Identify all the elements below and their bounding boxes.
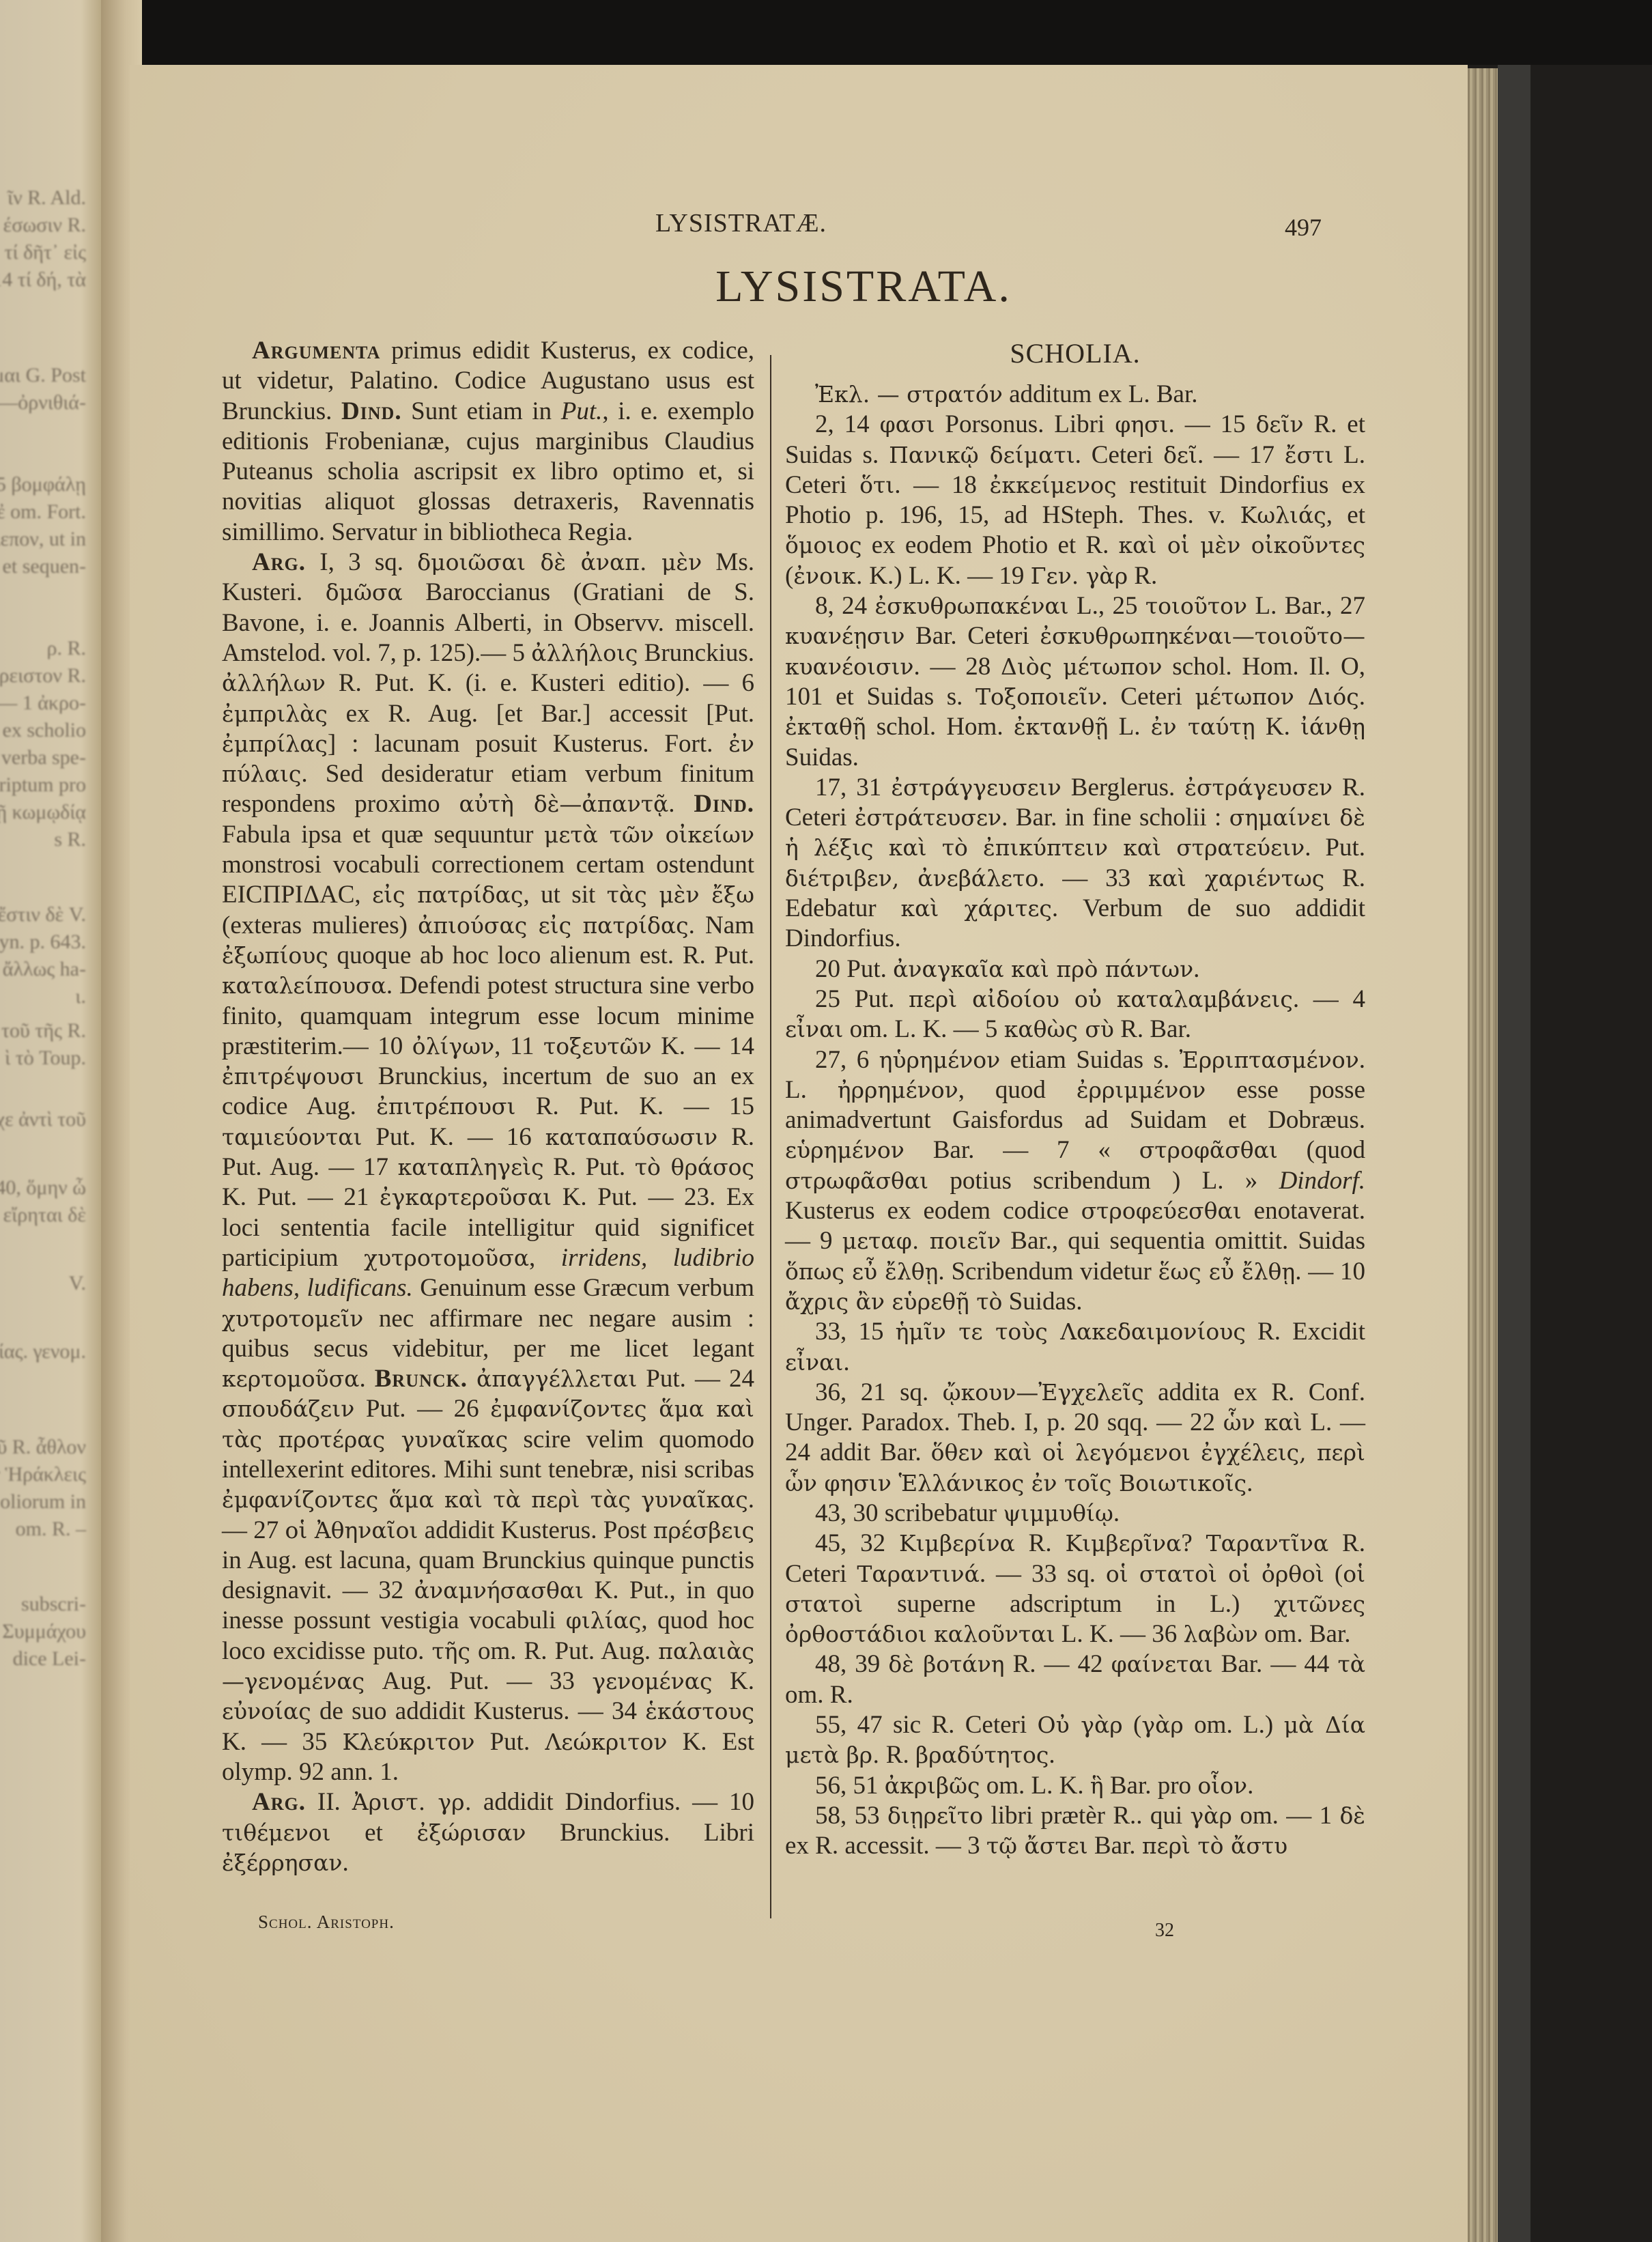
greek-text: ἰάνθῃ	[1300, 713, 1365, 740]
latin-text: ] : lacunam posuit Kusterus. Fort.	[328, 730, 728, 758]
latin-text: Kusterus ex eodem codice	[785, 1197, 1081, 1225]
greek-text: ἐμπριλὰς	[222, 700, 328, 727]
latin-text: Bar.	[1088, 1832, 1142, 1860]
latin-text: K. — 35	[222, 1728, 343, 1756]
latin-text: 33, 15	[815, 1318, 896, 1346]
latin-text	[468, 1365, 476, 1393]
latin-text: Bar. — 44	[1213, 1650, 1338, 1678]
paragraph: 48, 39 δὲ βοτάνη R. — 42 φαίνεται Bar. —…	[785, 1649, 1365, 1710]
facing-page-text-line: r Ἡράκλεις	[0, 1461, 86, 1488]
greek-text: ἄχρις ἂν εὑρεθῇ τὸ	[785, 1288, 1002, 1315]
greek-text: φησι	[1115, 411, 1168, 438]
greek-text: εὑρημένον	[785, 1137, 905, 1163]
greek-text: ἐσκυθρωπακέναι	[875, 593, 1069, 619]
greek-text: γενομένας	[592, 1668, 712, 1694]
latin-text: L. Bar., 27	[1247, 592, 1365, 620]
paragraph: 56, 51 ἀκριβῶς om. L. K. ἣ Bar. pro οἷον…	[785, 1771, 1365, 1801]
greek-text: ἐπιτρέπουσι	[376, 1093, 515, 1120]
paragraph: 58, 53 διῃρεῖτο libri prætèr R.. qui γὰρ…	[785, 1801, 1365, 1862]
greek-text: περὶ αἰδοίου οὐ καταλαμβάνεις	[909, 986, 1293, 1012]
paragraph: Ἐκλ. — στρατόν additum ex L. Bar.	[785, 380, 1365, 410]
column-divider	[770, 355, 771, 1918]
latin-text: ex R. accessit. — 3	[785, 1832, 986, 1860]
latin-text: . Bar. in fine scholii :	[1001, 804, 1229, 832]
latin-text: schol. Hom.	[866, 713, 1014, 741]
latin-text: om. Bar.	[1258, 1620, 1351, 1648]
latin-text: 17, 31	[815, 774, 891, 801]
greek-text: εἶναι	[785, 1349, 843, 1376]
latin-text: , 11	[494, 1032, 543, 1060]
latin-text: addidit Dindorfius. — 10	[472, 1788, 754, 1816]
latin-text: (quod	[1278, 1136, 1365, 1164]
lemma-smallcaps: Arg.	[252, 1788, 306, 1816]
greek-text: ἠρρημένον	[838, 1077, 958, 1103]
greek-text: ὅπως εὖ ἔλθῃ	[785, 1258, 938, 1285]
greek-text: δεῖν	[1256, 411, 1304, 438]
greek-text: ἀπιούσας εἰς πατρίδας	[418, 912, 689, 939]
greek-text: ἀπαγγέλλεται	[476, 1365, 637, 1392]
greek-text: Κιμβερίνα	[899, 1530, 1015, 1557]
latin-text: 45, 32	[815, 1529, 899, 1557]
facing-page-text-line: ἔστιν δὲ V.	[0, 901, 86, 928]
latin-text: addidit Kusterus. Post	[418, 1516, 653, 1544]
greek-text: καὶ οἱ μὲν οἰκοῦντες	[1119, 532, 1365, 558]
latin-text: Put. — 24	[637, 1365, 754, 1393]
latin-text: Put. — 26	[354, 1395, 490, 1423]
latin-text: Bar. Ceteri	[905, 622, 1040, 650]
greek-text: ἡμῖν τε τοὺς Λακεδαιμονίους	[896, 1318, 1246, 1345]
book-cover	[1498, 65, 1530, 2242]
paragraph: 8, 24 ἐσκυθρωπακέναι L., 25 τοιοῦτον L. …	[785, 591, 1365, 773]
latin-text: R. Put.	[544, 1153, 635, 1181]
paragraph: Arg. II. Ἀριστ. γρ. addidit Dindorfius. …	[222, 1787, 754, 1878]
greek-text: Διὸς μέτωπον	[1001, 653, 1162, 680]
greek-text: ἐμπρίλας	[222, 730, 328, 757]
latin-text: om. L. K.	[980, 1772, 1090, 1800]
paragraph: 55, 47 sic R. Ceteri Οὐ γὰρ (γὰρ om. L.)…	[785, 1710, 1365, 1771]
latin-text: Aug. Put. — 33	[365, 1667, 592, 1695]
greek-text: Οὐ γὰρ	[1038, 1712, 1123, 1738]
latin-text: Brunckius. Libri	[526, 1819, 754, 1847]
paragraph: 36, 21 sq. ᾤκουν—Ἐγχελεῖς addita ex R. C…	[785, 1378, 1365, 1499]
facing-page-text-line: s R.	[0, 826, 86, 853]
greek-text: σπουδάζειν	[222, 1395, 354, 1422]
greek-text: Ἀριστ. γρ.	[352, 1789, 472, 1815]
facing-page-text-line: oliorum in	[0, 1488, 86, 1516]
latin-text: . — 15	[1169, 410, 1256, 438]
latin-text: . Scribendum videtur	[938, 1258, 1158, 1286]
latin-text: . Ceteri	[1075, 441, 1163, 469]
greek-text: ἐμφανίζοντες ἅμα καὶ τὰ περὶ τὰς γυναῖκα…	[222, 1486, 748, 1513]
latin-text: ?	[1181, 1529, 1206, 1557]
latin-text: K.) L. K. — 19	[863, 562, 1031, 590]
greek-text: οἱ στατοὶ οἱ ὀρθοὶ	[1106, 1561, 1324, 1587]
latin-text: om. L.)	[1184, 1711, 1284, 1739]
greek-text: εὐνοίας	[222, 1698, 311, 1725]
latin-text: Sunt etiam in	[402, 397, 561, 425]
footer-signature: Schol. Aristoph.	[258, 1912, 395, 1933]
greek-text: ἐστράγευσεν	[1184, 774, 1333, 801]
greek-text: καὶ χαριέντως	[1148, 865, 1324, 892]
facing-page-text-line: R.— 1 ἀκρο-	[0, 690, 86, 717]
latin-text: . — 10	[1295, 1258, 1365, 1286]
greek-text: στροφεύεσθαι	[1081, 1197, 1242, 1224]
greek-text: στρωφᾶσθαι	[785, 1167, 928, 1194]
greek-text: ὀλίγων	[412, 1033, 494, 1060]
lemma-smallcaps: Arg.	[252, 548, 306, 576]
facing-page-text-line: criptum pro	[0, 771, 86, 799]
greek-text: αὐτὴ δὲ—ἀπαντᾷ	[459, 791, 668, 817]
paragraph: 20 Put. ἀναγκαῖα καὶ πρὸ πάντων.	[785, 954, 1365, 984]
greek-text: φιλίας	[566, 1607, 642, 1634]
greek-text: μετὰ τῶν οἰκείων	[544, 821, 754, 848]
facing-page-text-line: V.	[0, 1270, 86, 1297]
greek-text: τὸ θράσος	[635, 1154, 754, 1180]
greek-text: Γεν. γὰρ	[1031, 563, 1128, 589]
latin-text: R.	[1128, 562, 1157, 590]
smallcaps-text: Dind.	[341, 397, 402, 425]
latin-text: additum ex L. Bar.	[1003, 380, 1198, 408]
greek-text: ψιμμυθίῳ	[1003, 1500, 1113, 1527]
greek-text: πρέσβεις	[653, 1517, 754, 1544]
greek-text: ἐκτανθῇ	[1014, 713, 1109, 740]
latin-text: . — 28	[913, 653, 1001, 681]
latin-text: Brunckius.	[638, 639, 754, 667]
latin-text: . — 33	[1038, 864, 1148, 892]
italic-text: Dindorf.	[1279, 1167, 1365, 1195]
greek-text: ἐπιτρέψουσι	[222, 1063, 364, 1090]
latin-text: . — 18	[894, 471, 989, 499]
latin-text: . — 17	[1197, 441, 1285, 469]
facing-page-text-line: om. R. –	[0, 1516, 86, 1543]
latin-text: .	[1113, 1499, 1120, 1527]
latin-text: de suo addidit Kusterus. — 34	[311, 1697, 645, 1725]
greek-text: ἐνοικ.	[793, 563, 863, 589]
latin-text: , et	[1326, 501, 1365, 529]
latin-text: .	[1359, 683, 1365, 711]
facing-page-text-line: ρ. R.	[0, 635, 86, 662]
latin-text: (exteras mulieres)	[222, 911, 418, 939]
latin-text: ex R. Aug. [et Bar.] accessit [Put.	[328, 700, 754, 728]
latin-text: 8, 24	[815, 592, 875, 620]
latin-text: superne adscriptum in L.)	[863, 1590, 1274, 1618]
greek-text: φασι	[880, 411, 935, 438]
facing-page-text-line: ex scholio	[0, 717, 86, 744]
greek-text: ἐξώρισαν	[416, 1819, 526, 1846]
facing-page-text-line: ς. εἴρηται δὲ	[0, 1202, 86, 1229]
latin-text: potius scribendum ) L. »	[928, 1167, 1279, 1195]
greek-text: ἣ	[1090, 1772, 1104, 1799]
footer-signature-number: 32	[1155, 1920, 1174, 1942]
greek-text: διέτριβεν, ἀνεβάλετο	[785, 865, 1038, 892]
facing-page-text-line: subscri-	[0, 1591, 86, 1618]
latin-text: R. Bar.	[1114, 1015, 1191, 1043]
greek-text: τῆς	[431, 1638, 470, 1664]
latin-text: 55, 47 sic R. Ceteri	[815, 1711, 1038, 1739]
latin-text: K.	[712, 1667, 754, 1695]
latin-text: 25 Put.	[815, 985, 909, 1013]
background-top	[101, 0, 1652, 65]
latin-text: 20 Put.	[815, 955, 893, 983]
latin-text: K.	[1255, 713, 1300, 741]
facing-page-text-line: ίβλεπον, ut in	[0, 526, 86, 553]
greek-text: ἐκταθῇ	[785, 713, 866, 740]
latin-text: R. Excidit	[1246, 1318, 1365, 1346]
latin-text: .	[1049, 1741, 1055, 1769]
greek-text: μέτωπον Διός	[1195, 683, 1358, 710]
latin-text: L., 25	[1069, 592, 1145, 620]
latin-text: Suidas.	[1002, 1288, 1082, 1316]
greek-text: δὲ βοτάνη	[888, 1651, 1004, 1677]
facing-page-text-line: ἐ om. Fort.	[0, 498, 86, 526]
greek-text: γὰρ	[1191, 1802, 1232, 1829]
facing-page-text-line: ωίας. γενομ.	[0, 1338, 86, 1365]
latin-text: libri prætèr R.. qui	[983, 1802, 1190, 1830]
latin-text: . Ceteri	[1102, 683, 1195, 711]
greek-text: καταπαύσωσιν	[545, 1124, 717, 1150]
facing-page-text-line: – 25 βομφάλῃ	[0, 471, 86, 498]
greek-text: Κωλιάς	[1240, 502, 1326, 528]
greek-text: κερτομοῦσα	[222, 1365, 359, 1392]
latin-text: 48, 39	[815, 1650, 888, 1678]
paragraph: 43, 30 scribebatur ψιμμυθίῳ.	[785, 1499, 1365, 1529]
latin-text: L. K. — 36	[1055, 1620, 1183, 1648]
greek-text: φαίνεται	[1111, 1651, 1213, 1677]
greek-text: δὲ	[1339, 1802, 1365, 1829]
greek-text: ἀλλήλοις	[531, 640, 638, 666]
facing-page-text-line: ῦ R. ἆθλον	[0, 1434, 86, 1461]
greek-text: βραδύτητος	[915, 1742, 1049, 1768]
greek-text: ἐκκείμενος	[990, 472, 1117, 498]
latin-text: . Nam	[689, 911, 754, 939]
greek-text: κυανέῃσιν	[785, 623, 905, 649]
greek-text: καθὼς σὺ	[1004, 1016, 1114, 1042]
latin-text: om. — 1	[1232, 1802, 1339, 1830]
greek-text: ὧν καὶ	[1223, 1409, 1302, 1436]
latin-text: Suidas.	[785, 743, 859, 771]
latin-text: L.	[1108, 713, 1150, 741]
greek-text: ᾤκουν—Ἐγχελεῖς	[943, 1379, 1144, 1406]
facing-page-text-line: Συμμάχου	[0, 1618, 86, 1645]
left-column-argumenta: Argumenta primus edidit Kusterus, ex cod…	[222, 336, 754, 1878]
facing-page-text-line: ντὶ τοῦ τῆς R.	[0, 1017, 86, 1045]
paragraph: Arg. I, 3 sq. δμοιῶσαι δὲ ἀναπ. μὲν Ms. …	[222, 548, 754, 1787]
latin-text: Genuinum esse Græcum verbum	[413, 1274, 754, 1302]
facing-page-text-line: 35 ἄλλως ha-	[0, 956, 86, 983]
latin-text: .	[1193, 955, 1199, 983]
latin-text: R. Put. K. — 15	[515, 1092, 754, 1120]
latin-text: .	[1247, 1772, 1253, 1800]
greek-text: εἰς πατρίδας	[372, 881, 523, 908]
greek-text: χυτροτομοῦσα	[364, 1245, 529, 1271]
greek-text: οἷον	[1197, 1772, 1247, 1799]
greek-text: Τοξοποιεῖν	[975, 683, 1102, 710]
greek-text: τιθέμενοι	[222, 1819, 331, 1846]
greek-text: μεταφ. ποιεῖν	[842, 1228, 1001, 1254]
greek-text: εἶναι	[785, 1016, 843, 1042]
greek-text: τὰ	[1337, 1651, 1365, 1677]
greek-text: ἐστράγγευσειν	[891, 774, 1061, 801]
greek-text: καταλείπουσα	[222, 972, 386, 999]
greek-text: ἀκριβῶς	[885, 1772, 980, 1799]
latin-text: , ut sit	[523, 881, 606, 909]
greek-text: οἱ Ἀθηναῖοι	[285, 1517, 418, 1544]
latin-text: . — 4	[1293, 985, 1365, 1013]
greek-text: ἑκάστους	[645, 1698, 754, 1725]
latin-text: 56, 51	[815, 1772, 885, 1800]
greek-text: ηὑρημένον	[879, 1047, 1001, 1073]
greek-text: γὰρ	[1141, 1712, 1183, 1738]
latin-text: . Put.	[1305, 834, 1365, 862]
greek-text: τῷ ἄστει	[986, 1832, 1088, 1859]
latin-text: .	[342, 1849, 348, 1877]
latin-text: om. R. Put. Aug.	[470, 1637, 658, 1665]
paragraph: 45, 32 Κιμβερίνα R. Κιμβερῖνα? Ταραντῖνα…	[785, 1529, 1365, 1649]
greek-text: διῃρεῖτο	[887, 1802, 983, 1829]
latin-text: 27, 6	[815, 1046, 879, 1074]
latin-text: etiam Suidas s.	[1000, 1046, 1179, 1074]
latin-text: R.	[880, 1741, 915, 1769]
latin-text: (	[1324, 1560, 1343, 1588]
latin-text: om. R.	[785, 1681, 853, 1709]
latin-text: 58, 53	[815, 1802, 887, 1830]
facing-page-text-line: εχε ἀντὶ τοῦ	[0, 1106, 86, 1133]
greek-text: ὅτι	[859, 472, 894, 498]
latin-text: .	[668, 790, 694, 818]
facing-page-text-line: ἰβάσμαι G. Post	[0, 362, 86, 389]
greek-text: ἐστράτευσεν	[855, 804, 1001, 831]
greek-text: ἐγκαρτεροῦσαι	[380, 1184, 552, 1210]
paragraph: 27, 6 ηὑρημένον etiam Suidas s. Ἐρριπτασ…	[785, 1045, 1365, 1318]
greek-text: δεῖ	[1163, 442, 1197, 468]
facing-page-text-line: ῖν R. Ald.	[0, 184, 86, 212]
latin-text: K. — 14	[652, 1032, 754, 1060]
greek-text: Κιμβερῖνα	[1065, 1530, 1181, 1557]
greek-text: Ἐκλ. — στρατόν	[815, 381, 1003, 408]
smallcaps-text: Dind.	[694, 790, 754, 818]
running-head: LYSISTRATÆ.	[655, 208, 827, 238]
latin-text: et	[331, 1819, 417, 1847]
greek-text: Κλεύκριτον	[343, 1729, 475, 1755]
latin-text: Bar. — 7 «	[905, 1136, 1139, 1164]
latin-text: , quod	[958, 1076, 1077, 1104]
greek-text: τὰς μὲν ἔξω	[607, 881, 754, 908]
facing-page-text-line: τῇ κωμῳδίᾳ	[0, 799, 86, 826]
greek-text: δμοιῶσαι δὲ ἀναπ. μὲν	[417, 549, 702, 576]
latin-text: Berglerus.	[1062, 774, 1185, 801]
greek-text: τοιοῦτον	[1145, 593, 1247, 619]
latin-text: .	[359, 1365, 374, 1393]
paragraph: Argumenta primus edidit Kusterus, ex cod…	[222, 336, 754, 548]
greek-text: χυτροτομεῖν	[222, 1305, 363, 1332]
facing-page-text-line: έσωσιν R.	[0, 212, 86, 239]
facing-page-edge: ῖν R. Ald.έσωσιν R.L. τί δῆτ᾽ εἰς14 τί δ…	[0, 0, 101, 2242]
latin-text: Bar., qui sequentia omittit. Suidas	[1001, 1227, 1365, 1255]
latin-text: II.	[306, 1788, 352, 1816]
facing-page-text-line: ryn. p. 643.	[0, 928, 86, 956]
greek-text: ἕως εὖ ἔλθῃ	[1158, 1258, 1296, 1285]
greek-text: ἐξέρρησαν	[222, 1849, 342, 1876]
greek-text: Ταραντινά	[857, 1561, 980, 1587]
latin-text: ,	[529, 1244, 561, 1272]
greek-text: καταπληγεὶς	[398, 1154, 544, 1180]
greek-text: ἀναγκαῖα καὶ πρὸ πάντων	[893, 956, 1193, 982]
latin-text: I, 3 sq.	[306, 548, 417, 576]
paragraph: 17, 31 ἐστράγγευσειν Berglerus. ἐστράγευ…	[785, 773, 1365, 954]
greek-text: δμῶσα	[326, 579, 403, 606]
greek-text: περὶ τὸ ἄστυ	[1142, 1832, 1287, 1859]
latin-text: R.	[1015, 1529, 1066, 1557]
latin-text: 2, 14	[815, 410, 880, 438]
italic-text: Put.	[561, 397, 603, 425]
latin-text: Bar. pro	[1104, 1772, 1198, 1800]
facing-page-text-line: dice Lei-	[0, 1645, 86, 1673]
latin-text: Porsonus. Libri	[935, 410, 1115, 438]
greek-text: Ταραντῖνα	[1206, 1530, 1329, 1557]
latin-text: (	[785, 562, 793, 590]
greek-text: καὶ χάριτες	[900, 895, 1051, 922]
greek-text: Ἐρριπτασμένον	[1180, 1047, 1359, 1073]
greek-text: στροφᾶσθαι	[1139, 1137, 1278, 1163]
greek-text: ἀλλήλων	[222, 670, 326, 696]
scholia-heading: SCHOLIA.	[785, 336, 1365, 371]
facing-page-text-line: verba spe-	[0, 744, 86, 771]
lemma-smallcaps: Argumenta	[252, 337, 380, 365]
greek-text: ταμιεύονται	[222, 1124, 362, 1150]
facing-page-text-line: άρειστον R.	[0, 662, 86, 690]
facing-page-text-line: 40, ὅμην ὦ	[0, 1174, 86, 1202]
latin-text: quoque ab hoc loco alienum est. R. Put.	[328, 941, 754, 969]
greek-text: ἐξωπίους	[222, 942, 328, 969]
paragraph: 25 Put. περὶ αἰδοίου οὐ καταλαμβάνεις. —…	[785, 984, 1365, 1045]
facing-page-text-line: ι.	[0, 983, 86, 1010]
greek-text: ἔστι	[1285, 442, 1333, 468]
smallcaps-text: Brunck.	[375, 1365, 468, 1393]
greek-text: ὅμοιος	[785, 532, 861, 558]
latin-text: .	[1247, 1469, 1253, 1497]
latin-text: R. Put. K. (i. e. Kusteri editio). — 6	[326, 669, 754, 697]
greek-text: ἀναμνήσασθαι	[414, 1577, 584, 1604]
page-number: 497	[1285, 213, 1322, 242]
greek-text: τοξευτῶν	[543, 1033, 652, 1060]
greek-text: Πανικῷ δείματι	[889, 442, 1075, 468]
latin-text: ex eodem Photio et R.	[861, 531, 1118, 559]
latin-text: K. Put. — 21	[222, 1183, 380, 1211]
latin-text: 36, 21 sq.	[815, 1378, 943, 1406]
paragraph: 33, 15 ἡμῖν τε τοὺς Λακεδαιμονίους R. Ex…	[785, 1317, 1365, 1378]
greek-text: ἐν ταύτῃ	[1151, 713, 1255, 740]
latin-text: (	[1123, 1711, 1142, 1739]
latin-text: .	[843, 1348, 849, 1376]
latin-text: om. L. K. — 5	[843, 1015, 1003, 1043]
paragraph: 2, 14 φασι Porsonus. Libri φησι. — 15 δε…	[785, 410, 1365, 591]
latin-text: Put. K. — 16	[362, 1123, 545, 1151]
greek-text: ἐρριμμένον	[1077, 1077, 1206, 1103]
page-edges	[1468, 68, 1498, 2242]
facing-page-text-line: ὶ τὸ Toup.	[0, 1045, 86, 1072]
facing-page-text-line: et sequen-	[0, 553, 86, 580]
latin-text: 43, 30 scribebatur	[815, 1499, 1003, 1527]
greek-text: Λεώκριτον	[545, 1729, 667, 1755]
right-column-scholia: SCHOLIA. Ἐκλ. — στρατόν additum ex L. Ba…	[785, 336, 1365, 1862]
page-title: LYSISTRATA.	[0, 261, 1652, 313]
latin-text: Fabula ipsa et quæ sequuntur	[222, 821, 544, 849]
facing-page-text-line: μιος—ὀρνιθιά-	[0, 389, 86, 416]
latin-text: R. — 42	[1005, 1650, 1111, 1678]
latin-text: Put.	[474, 1728, 545, 1756]
greek-text: λαβὼν	[1184, 1621, 1258, 1647]
latin-text: . — 33 sq.	[980, 1560, 1106, 1588]
